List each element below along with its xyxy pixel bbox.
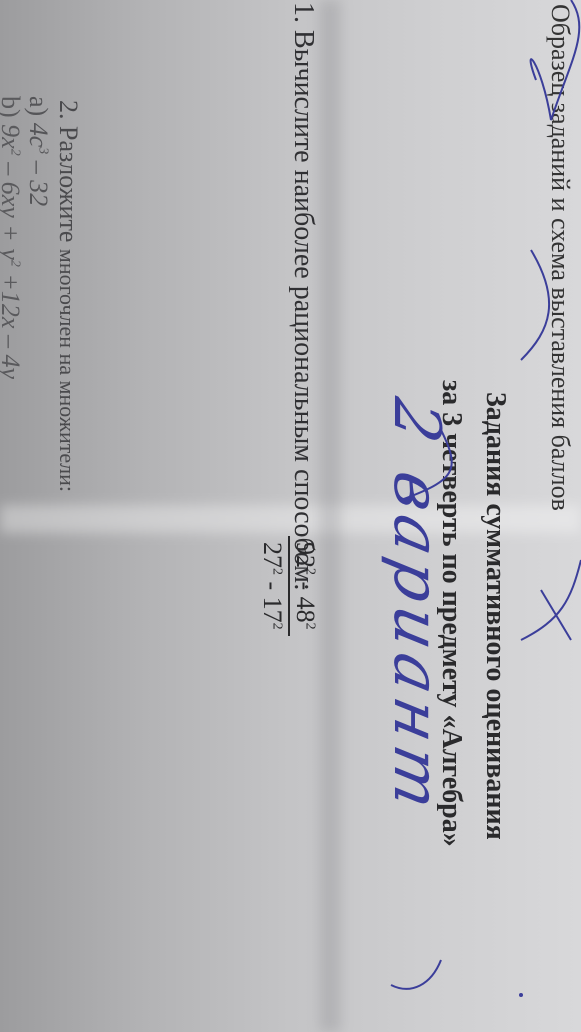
pen-scribble-strokes — [0, 0, 581, 1032]
document-page: Образец заданий и схема выставления балл… — [0, 0, 581, 1032]
